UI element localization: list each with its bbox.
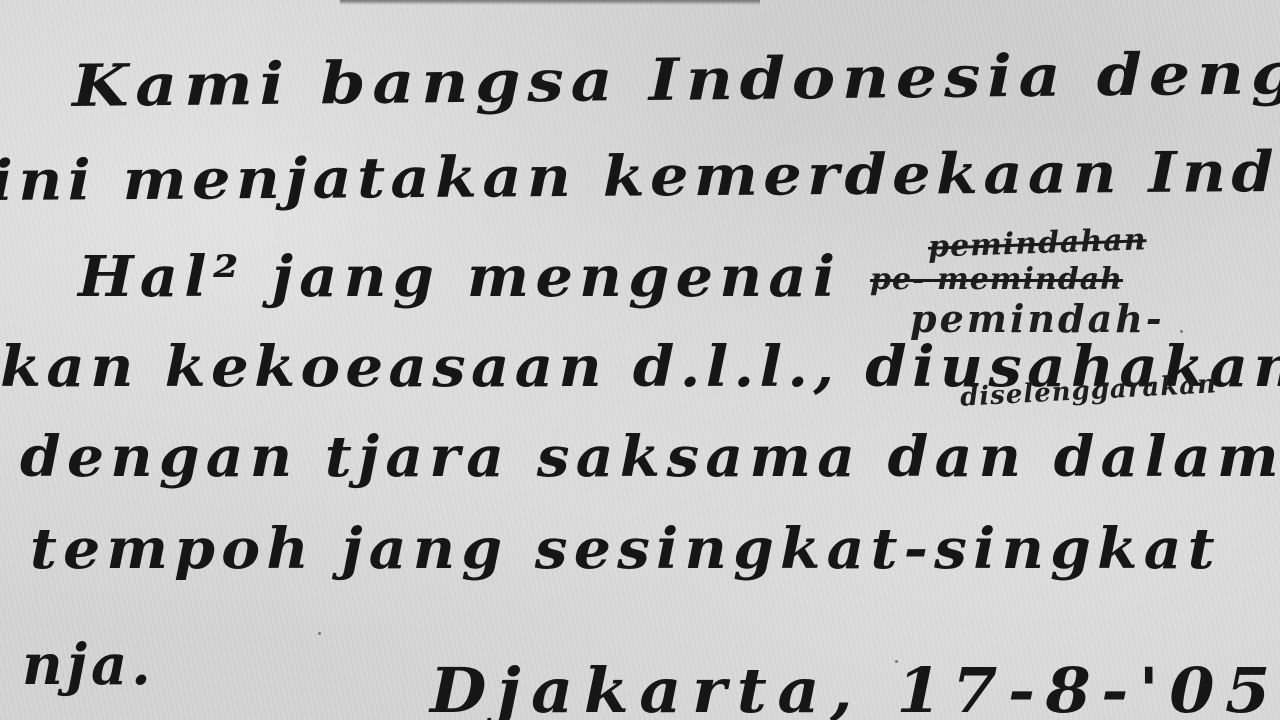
place-date-line: Djakarta, 17-8-'05 <box>430 654 1280 720</box>
manuscript-line-2: ini menjatakan kemerdekaan Indonesia. <box>0 137 1280 214</box>
manuscript-line-1: Kami bangsa Indonesia dengan <box>72 38 1280 120</box>
ink-speck <box>1180 330 1183 333</box>
top-edge-shadow <box>340 0 760 5</box>
manuscript-line-3: Hal² jang mengenai <box>78 244 841 310</box>
manuscript-line-5: dengan tjara saksama dan dalam <box>20 424 1280 490</box>
ink-speck <box>895 660 898 663</box>
manuscript-line-6: tempoh jang sesingkat-singkat <box>30 516 1221 582</box>
struck-correction-middle: pe- memindah <box>870 262 1123 297</box>
ink-speck <box>318 632 321 635</box>
manuscript-line-7: nja. <box>22 632 155 698</box>
